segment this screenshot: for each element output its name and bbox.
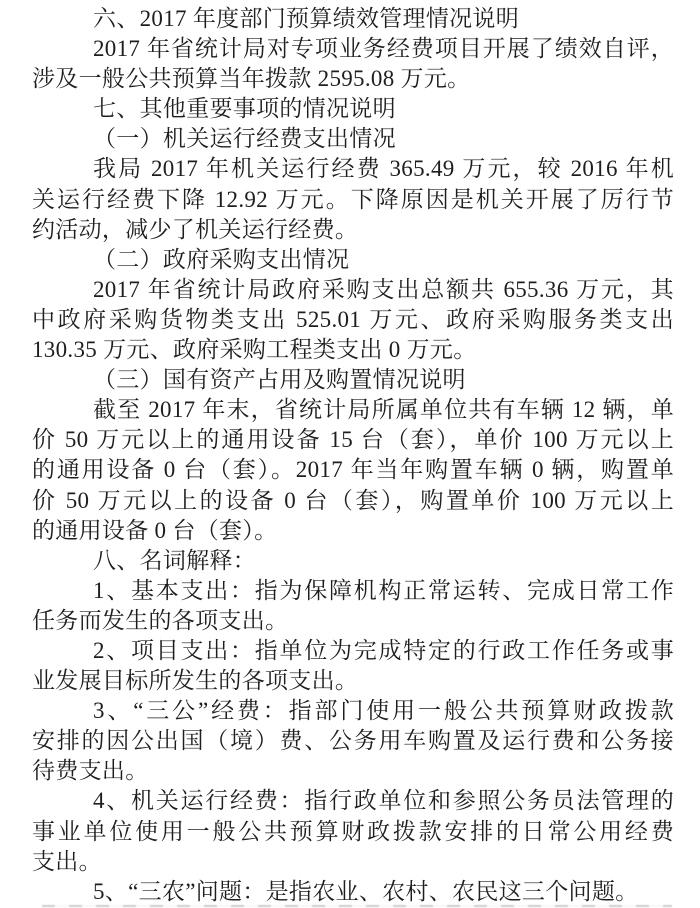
text-line: 任务而发生的各项支出。 — [32, 606, 674, 636]
text-line: 安排的因公出国（境）费、公务用车购置及运行费和公务接 — [32, 726, 674, 756]
text-line: 业发展目标所发生的各项支出。 — [32, 666, 674, 696]
text-line: 支出。 — [32, 847, 674, 877]
text-line: 涉及一般公共预算当年拨款 2595.08 万元。 — [32, 64, 674, 94]
text-line: 约活动，减少了机关运行经费。 — [32, 215, 674, 245]
bottom-scan-artifact — [42, 905, 672, 907]
text-line: 七、其他重要事项的情况说明 — [32, 94, 674, 124]
text-line: 4、机关运行经费：指行政单位和参照公务员法管理的 — [32, 786, 674, 816]
text-line: 3、“三公”经费：指部门使用一般公共预算财政拨款 — [32, 696, 674, 726]
text-line: 2017 年省统计局政府采购支出总额共 655.36 万元，其 — [32, 275, 674, 305]
text-line: （二）政府采购支出情况 — [32, 245, 674, 275]
text-line: 2017 年省统计局对专项业务经费项目开展了绩效自评， — [32, 34, 674, 64]
text-line: 六、2017 年度部门预算绩效管理情况说明 — [32, 4, 674, 34]
text-line: 5、“三农”问题：是指农业、农村、农民这三个问题。 — [32, 877, 674, 907]
text-line: 事业单位使用一般公共预算财政拨款安排的日常公用经费 — [32, 817, 674, 847]
text-line: 中政府采购货物类支出 525.01 万元、政府采购服务类支出 — [32, 305, 674, 335]
text-line: 130.35 万元、政府采购工程类支出 0 万元。 — [32, 335, 674, 365]
document-page: 六、2017 年度部门预算绩效管理情况说明2017 年省统计局对专项业务经费项目… — [0, 0, 700, 908]
text-line: 的通用设备 0 台（套）。2017 年当年购置车辆 0 辆，购置单 — [32, 455, 674, 485]
text-line: 的通用设备 0 台（套）。 — [32, 516, 674, 546]
text-line: 八、名词解释： — [32, 546, 674, 576]
text-line: 1、基本支出：指为保障机构正常运转、完成日常工作 — [32, 576, 674, 606]
text-line: 待费支出。 — [32, 756, 674, 786]
text-line: 截至 2017 年末，省统计局所属单位共有车辆 12 辆，单 — [32, 395, 674, 425]
document-body: 六、2017 年度部门预算绩效管理情况说明2017 年省统计局对专项业务经费项目… — [32, 4, 674, 907]
text-line: （一）机关运行经费支出情况 — [32, 124, 674, 154]
text-line: 2、项目支出：指单位为完成特定的行政工作任务或事 — [32, 636, 674, 666]
text-line: 价 50 万元以上的设备 0 台（套），购置单价 100 万元以上 — [32, 486, 674, 516]
text-line: 价 50 万元以上的通用设备 15 台（套），单价 100 万元以上 — [32, 425, 674, 455]
text-line: （三）国有资产占用及购置情况说明 — [32, 365, 674, 395]
text-line: 我局 2017 年机关运行经费 365.49 万元，较 2016 年机 — [32, 154, 674, 184]
text-line: 关运行经费下降 12.92 万元。下降原因是机关开展了厉行节 — [32, 185, 674, 215]
